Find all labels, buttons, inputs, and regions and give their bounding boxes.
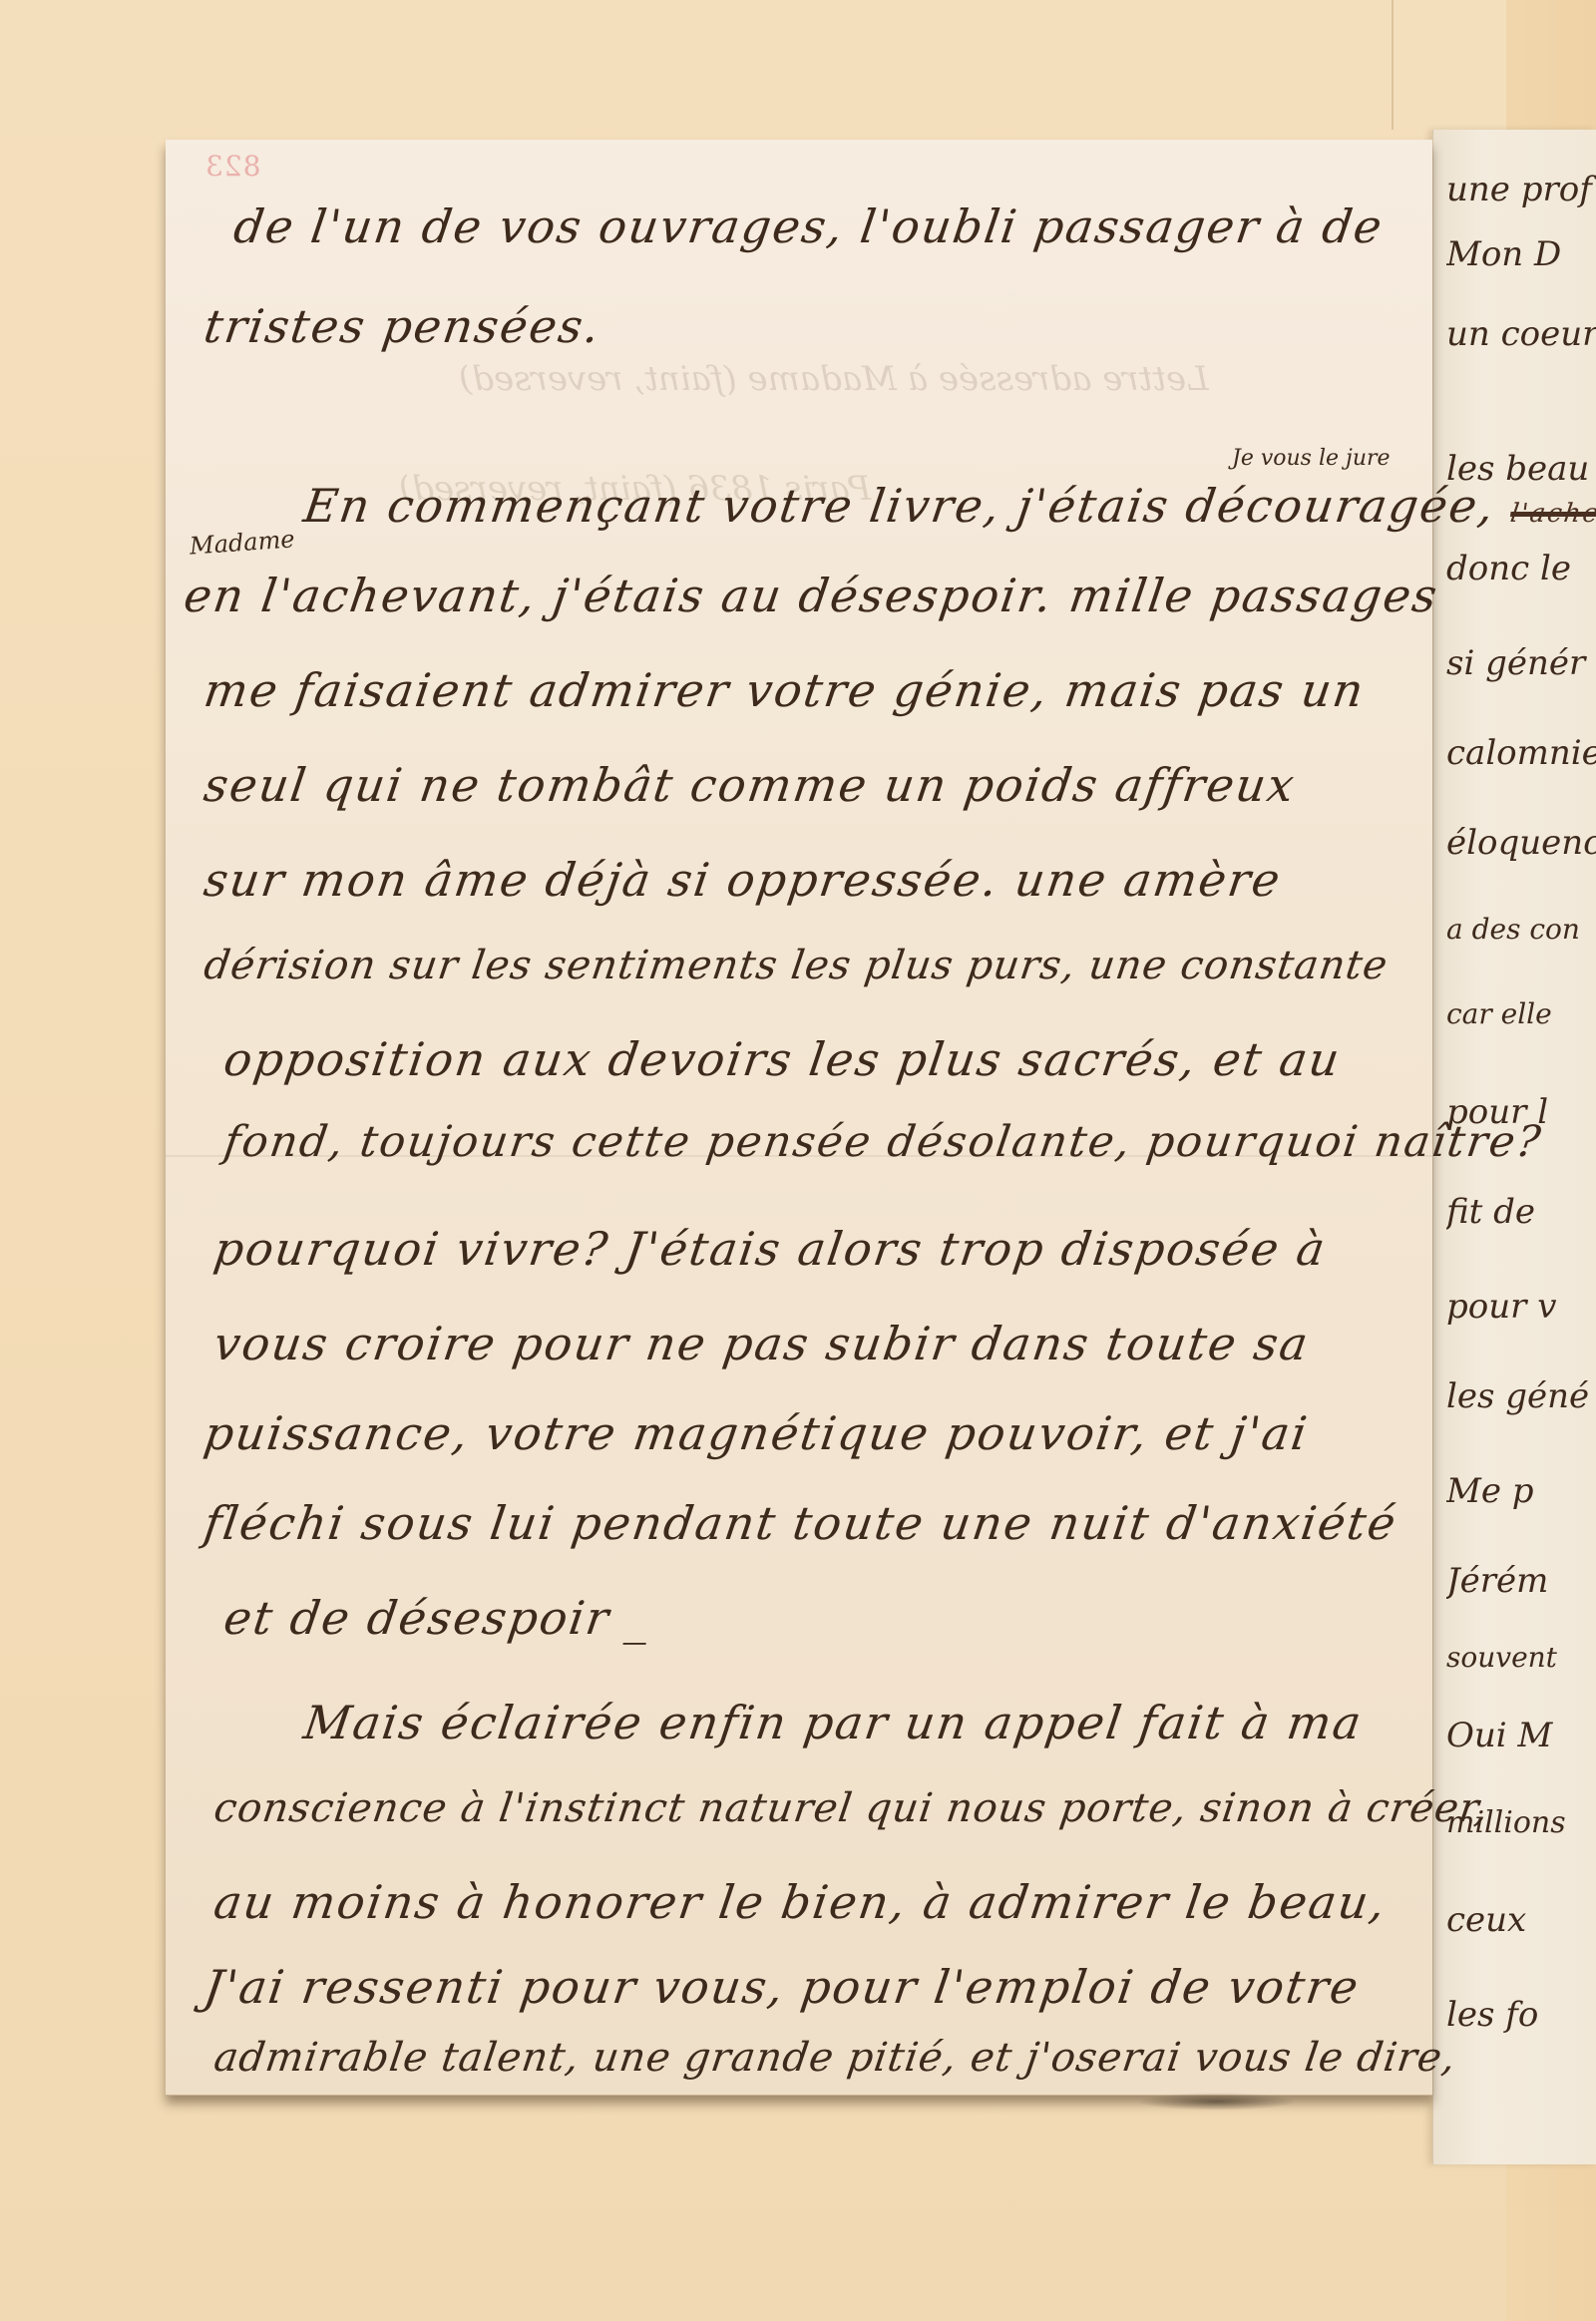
adjacent-text-line: donc le	[1446, 549, 1596, 588]
text-line: au moins à honorer le bien, à admirer le…	[210, 1875, 1390, 1929]
text-line: sur mon âme déjà si oppressée. une amère	[200, 853, 1285, 907]
adjacent-text-line: les beau	[1446, 449, 1596, 489]
adjacent-text-line: fit de	[1446, 1192, 1596, 1232]
text-line: de l'un de vos ouvrages, l'oubli passage…	[230, 199, 1387, 253]
bleed-through-text: Lettre adressée à Madame (faint, reverse…	[459, 359, 1209, 399]
text-line: admirable talent, une grande pitié, et j…	[211, 2035, 1459, 2081]
text-line: J'ai ressenti pour vous, pour l'emploi d…	[200, 1960, 1364, 2014]
adjacent-text-line: calomnie	[1446, 733, 1596, 773]
text-line: conscience à l'instinct naturel qui nous…	[211, 1785, 1492, 1831]
adjacent-text-line: pour v	[1446, 1287, 1596, 1327]
adjacent-text-line: éloquence	[1446, 823, 1596, 863]
adjacent-text-line: les géné	[1446, 1376, 1596, 1416]
text-line: tristes pensées.	[200, 299, 604, 353]
text-line: puissance, votre magnétique pouvoir, et …	[200, 1406, 1312, 1460]
adjacent-text-line: Mon D	[1446, 234, 1596, 274]
adjacent-text-line: si génér	[1446, 643, 1596, 683]
text-line: et de désespoir _	[220, 1591, 655, 1645]
text-line: fléchi sous lui pendant toute une nuit d…	[200, 1496, 1400, 1550]
text-line: seul qui ne tombât comme un poids affreu…	[200, 758, 1299, 812]
adjacent-text-line: Jérém	[1446, 1561, 1596, 1601]
text-line: dérision sur les sentiments les plus pur…	[201, 943, 1392, 988]
text-line: opposition aux devoirs les plus sacrés, …	[220, 1032, 1345, 1086]
text-line: me faisaient admirer votre génie, mais p…	[200, 663, 1369, 717]
folio-stamp: 823	[204, 150, 260, 183]
adjacent-text-line: a des con	[1446, 913, 1596, 946]
text-line: vous croire pour ne pas subir dans toute…	[210, 1317, 1313, 1370]
adjacent-text-line: Oui M	[1446, 1716, 1596, 1755]
text-line: en l'achevant, j'étais au désespoir. mil…	[181, 569, 1441, 622]
insertion-note: Je vous le jure	[1232, 446, 1391, 471]
text-line: pourquoi vivre? J'étais alors trop dispo…	[210, 1222, 1330, 1276]
adjacent-text-line: Me p	[1446, 1471, 1596, 1511]
text-line: fond, toujours cette pensée désolante, p…	[220, 1117, 1545, 1167]
adjacent-text-line: millions	[1446, 1805, 1596, 1840]
adjacent-text-line: les fo	[1446, 1995, 1596, 2035]
adjacent-text-line: ceux	[1446, 1900, 1596, 1940]
page-curl-shadow	[1137, 2093, 1297, 2111]
adjacent-text-line: une prof	[1446, 170, 1596, 209]
adjacent-text-line: pour l	[1446, 1092, 1596, 1132]
adjacent-text-line: un coeur	[1446, 314, 1596, 354]
backing-fold-line	[1392, 0, 1394, 130]
text-line: Mais éclairée enfin par un appel fait à …	[300, 1696, 1366, 1749]
adjacent-text-line: souvent	[1446, 1641, 1596, 1674]
text-segment: En commençant votre livre, j'étais décou…	[300, 479, 1498, 533]
struck-word: l'achevant	[1508, 499, 1596, 529]
text-line: En commençant votre livre, j'étais décou…	[300, 479, 1596, 533]
adjacent-text-line: car elle	[1446, 997, 1596, 1030]
